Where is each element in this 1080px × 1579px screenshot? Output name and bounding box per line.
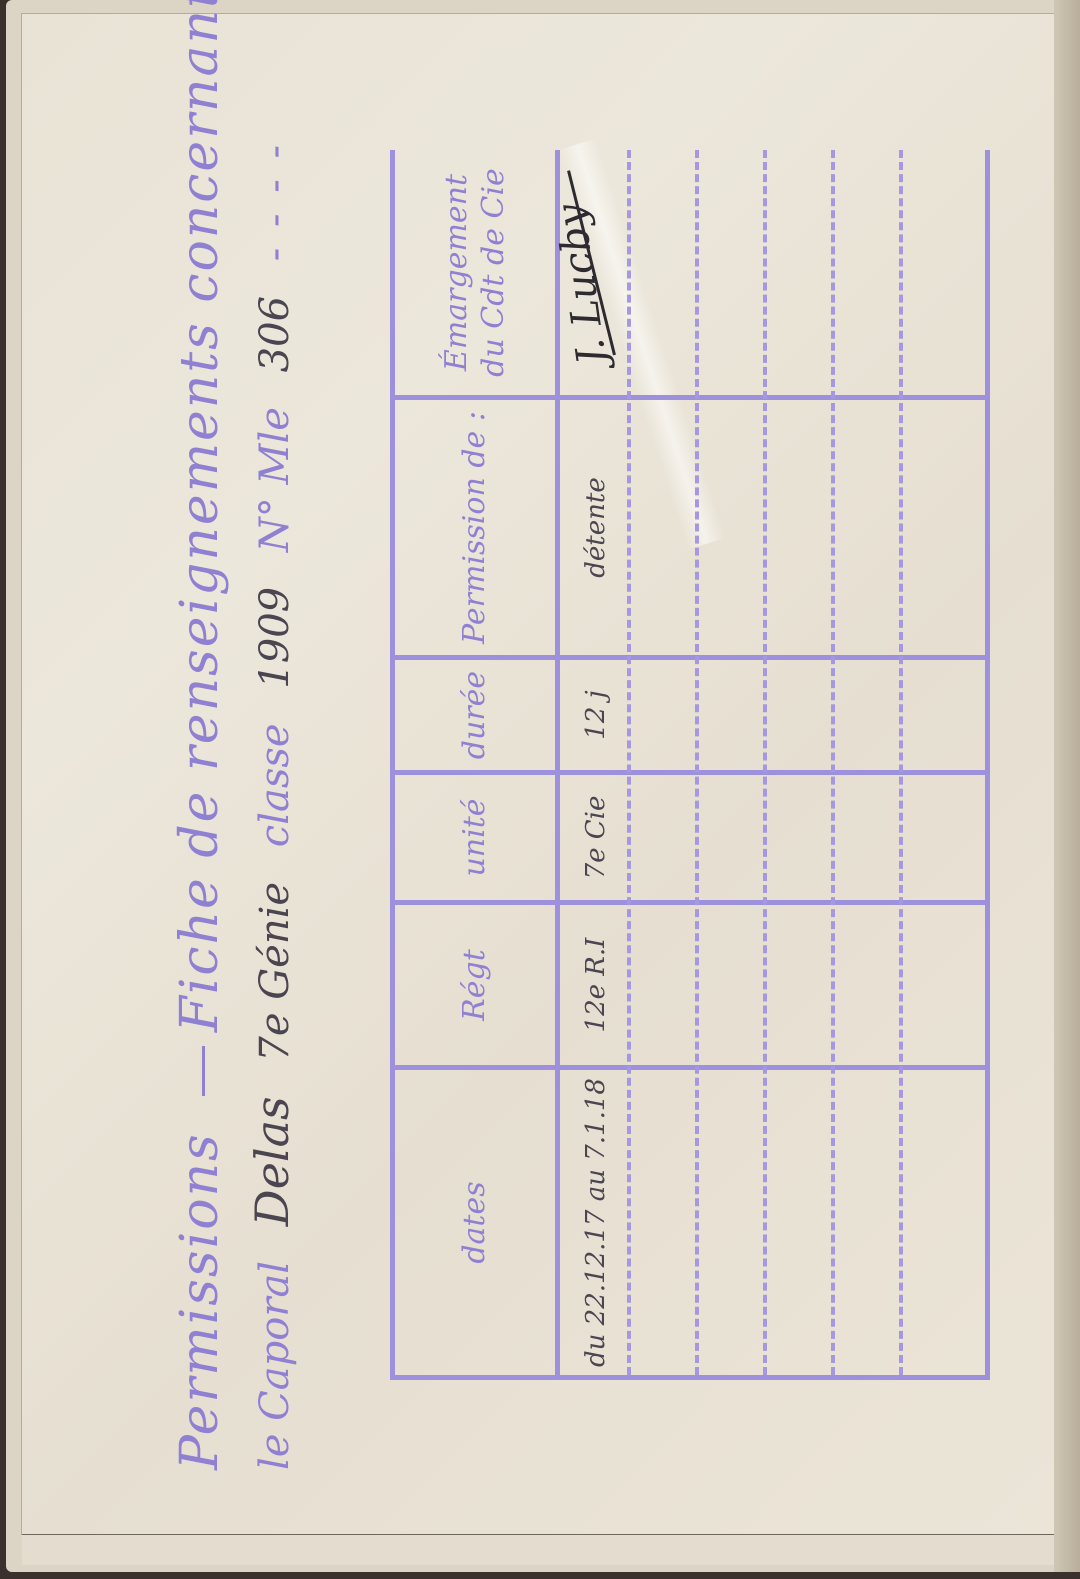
header-duration: durée (395, 660, 555, 770)
cell-duration: 12 j (565, 660, 627, 770)
table-row (633, 150, 695, 1375)
table-row: du 22.12.17 au 7.1.18 12e R.I 7e Cie 12 … (565, 150, 627, 1375)
title-dash (202, 1046, 205, 1096)
row-dashed-line (763, 150, 767, 1375)
table-row (701, 150, 763, 1375)
form-subtitle: Fiche de renseignements concernant (170, 0, 230, 1032)
cell-dates: du 22.12.17 au 7.1.18 (565, 1070, 627, 1375)
heading-line-2: le Caporal Delas 7e Génie classe 1909 N°… (245, 119, 299, 1470)
cell-permission-type: détente (565, 400, 627, 655)
header-unit: unité (395, 775, 555, 900)
header-commander-signature: Émargement du Cdt de Cie (395, 150, 555, 395)
rank-label: le Caporal (252, 1261, 298, 1470)
matricule-value: 306 (252, 296, 298, 372)
table-row (769, 150, 831, 1375)
class-year: 1909 (252, 587, 298, 689)
matricule-dots: - - - - (252, 141, 298, 261)
cell-regiment: 12e R.I (565, 905, 627, 1065)
cell-unit: 7e Cie (565, 775, 627, 900)
heading-line-1: PermissionsFiche de renseignements conce… (170, 0, 230, 1470)
header-dates: dates (395, 1070, 555, 1375)
page-right-edge (1054, 0, 1080, 1572)
page-lower-edge (22, 1534, 1060, 1565)
table-row (837, 150, 899, 1375)
header-permission-type: Permission de : (395, 400, 555, 655)
table-header-row: dates Régt unité durée Permission de : É… (395, 150, 560, 1375)
row-dashed-line (899, 150, 903, 1375)
header-regiment: Régt (395, 905, 555, 1065)
permission-form: PermissionsFiche de renseignements conce… (130, 110, 1030, 1530)
cell-signature: J. Lucby (565, 150, 627, 395)
row-dashed-line (627, 150, 631, 1375)
class-label: classe (252, 723, 298, 847)
soldier-unit: 7e Génie (252, 882, 298, 1062)
form-title: Permissions (170, 1132, 230, 1470)
row-dashed-line (831, 150, 835, 1375)
matricule-label: N° Mle (252, 407, 298, 552)
permissions-table: dates Régt unité durée Permission de : É… (390, 150, 990, 1380)
row-dashed-line (695, 150, 699, 1375)
soldier-name: Delas (245, 1096, 299, 1226)
